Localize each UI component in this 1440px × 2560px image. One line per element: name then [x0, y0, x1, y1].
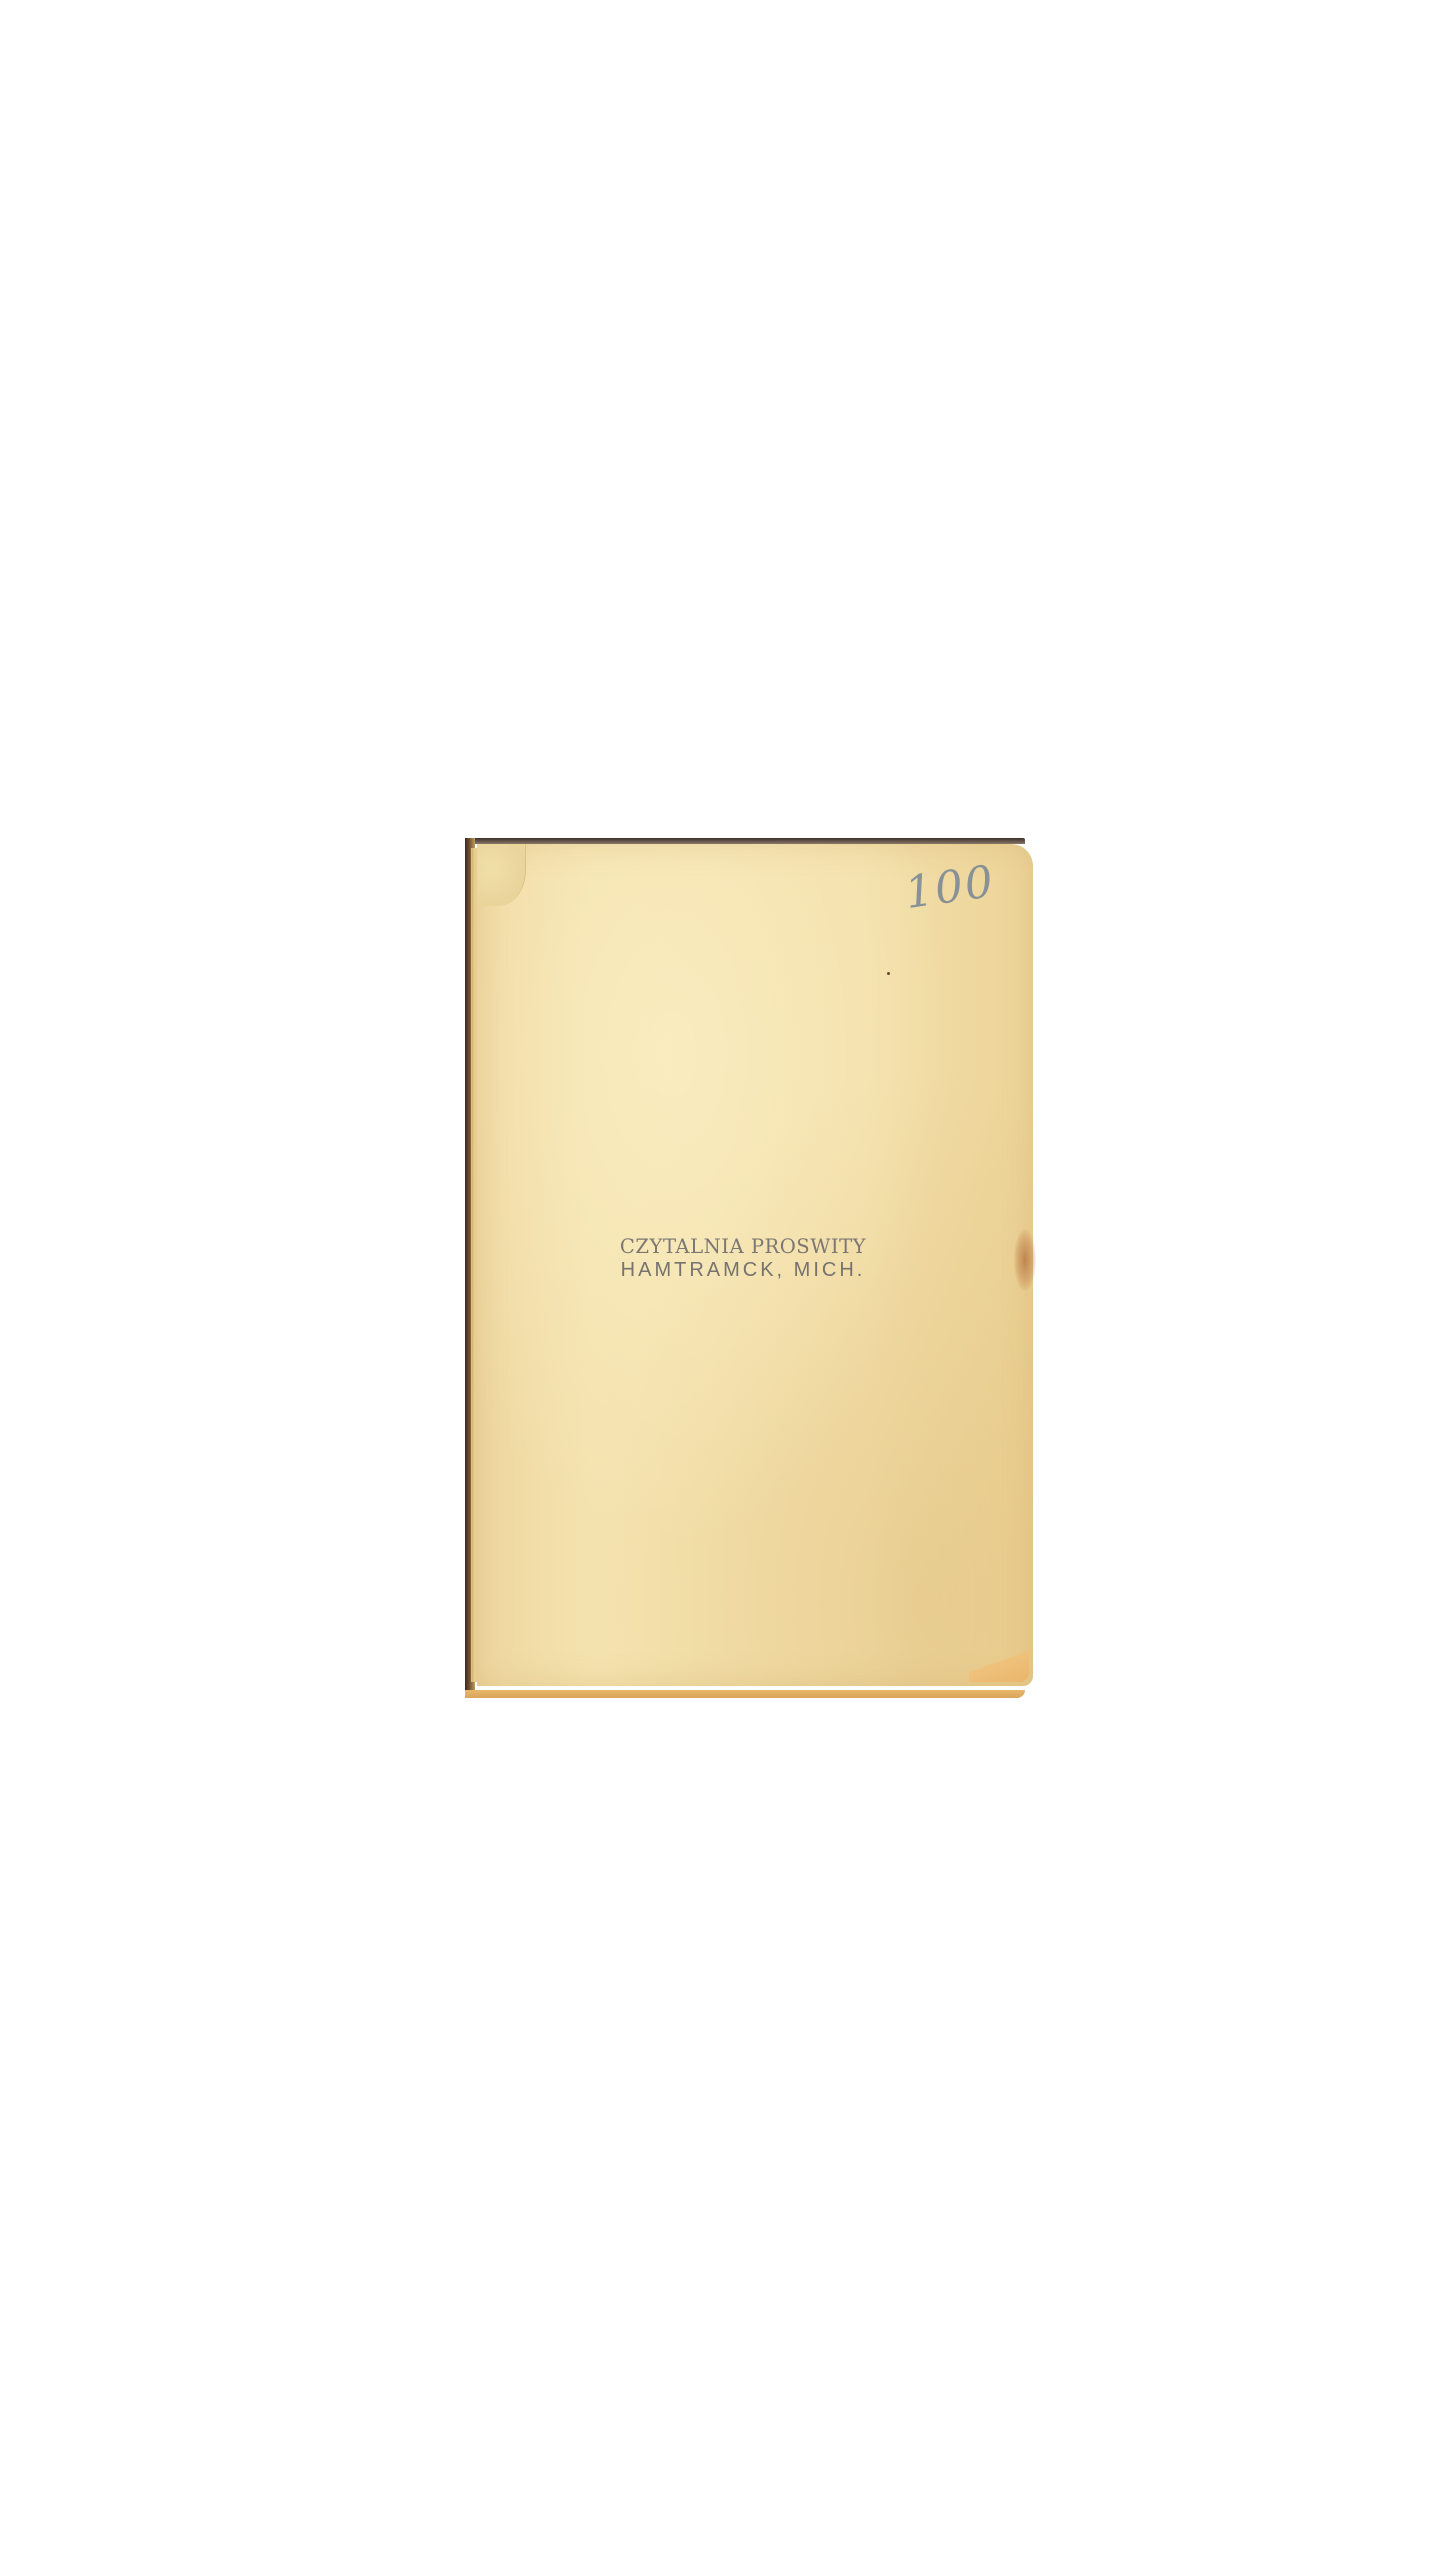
- library-stamp-line1: CZYTALNIA PROSWITY: [471, 1234, 1016, 1258]
- handwritten-number: 100: [902, 856, 998, 919]
- book: 100 CZYTALNIA PROSWITY HAMTRAMCK, MICH.: [465, 838, 1033, 1692]
- folded-corner: [969, 1646, 1029, 1682]
- speck-mark: [887, 972, 890, 975]
- bottom-page-edge: [465, 1690, 1025, 1698]
- library-stamp-line2: HAMTRAMCK, MICH.: [465, 1259, 1021, 1282]
- flyleaf-page: 100 CZYTALNIA PROSWITY HAMTRAMCK, MICH.: [477, 844, 1033, 1686]
